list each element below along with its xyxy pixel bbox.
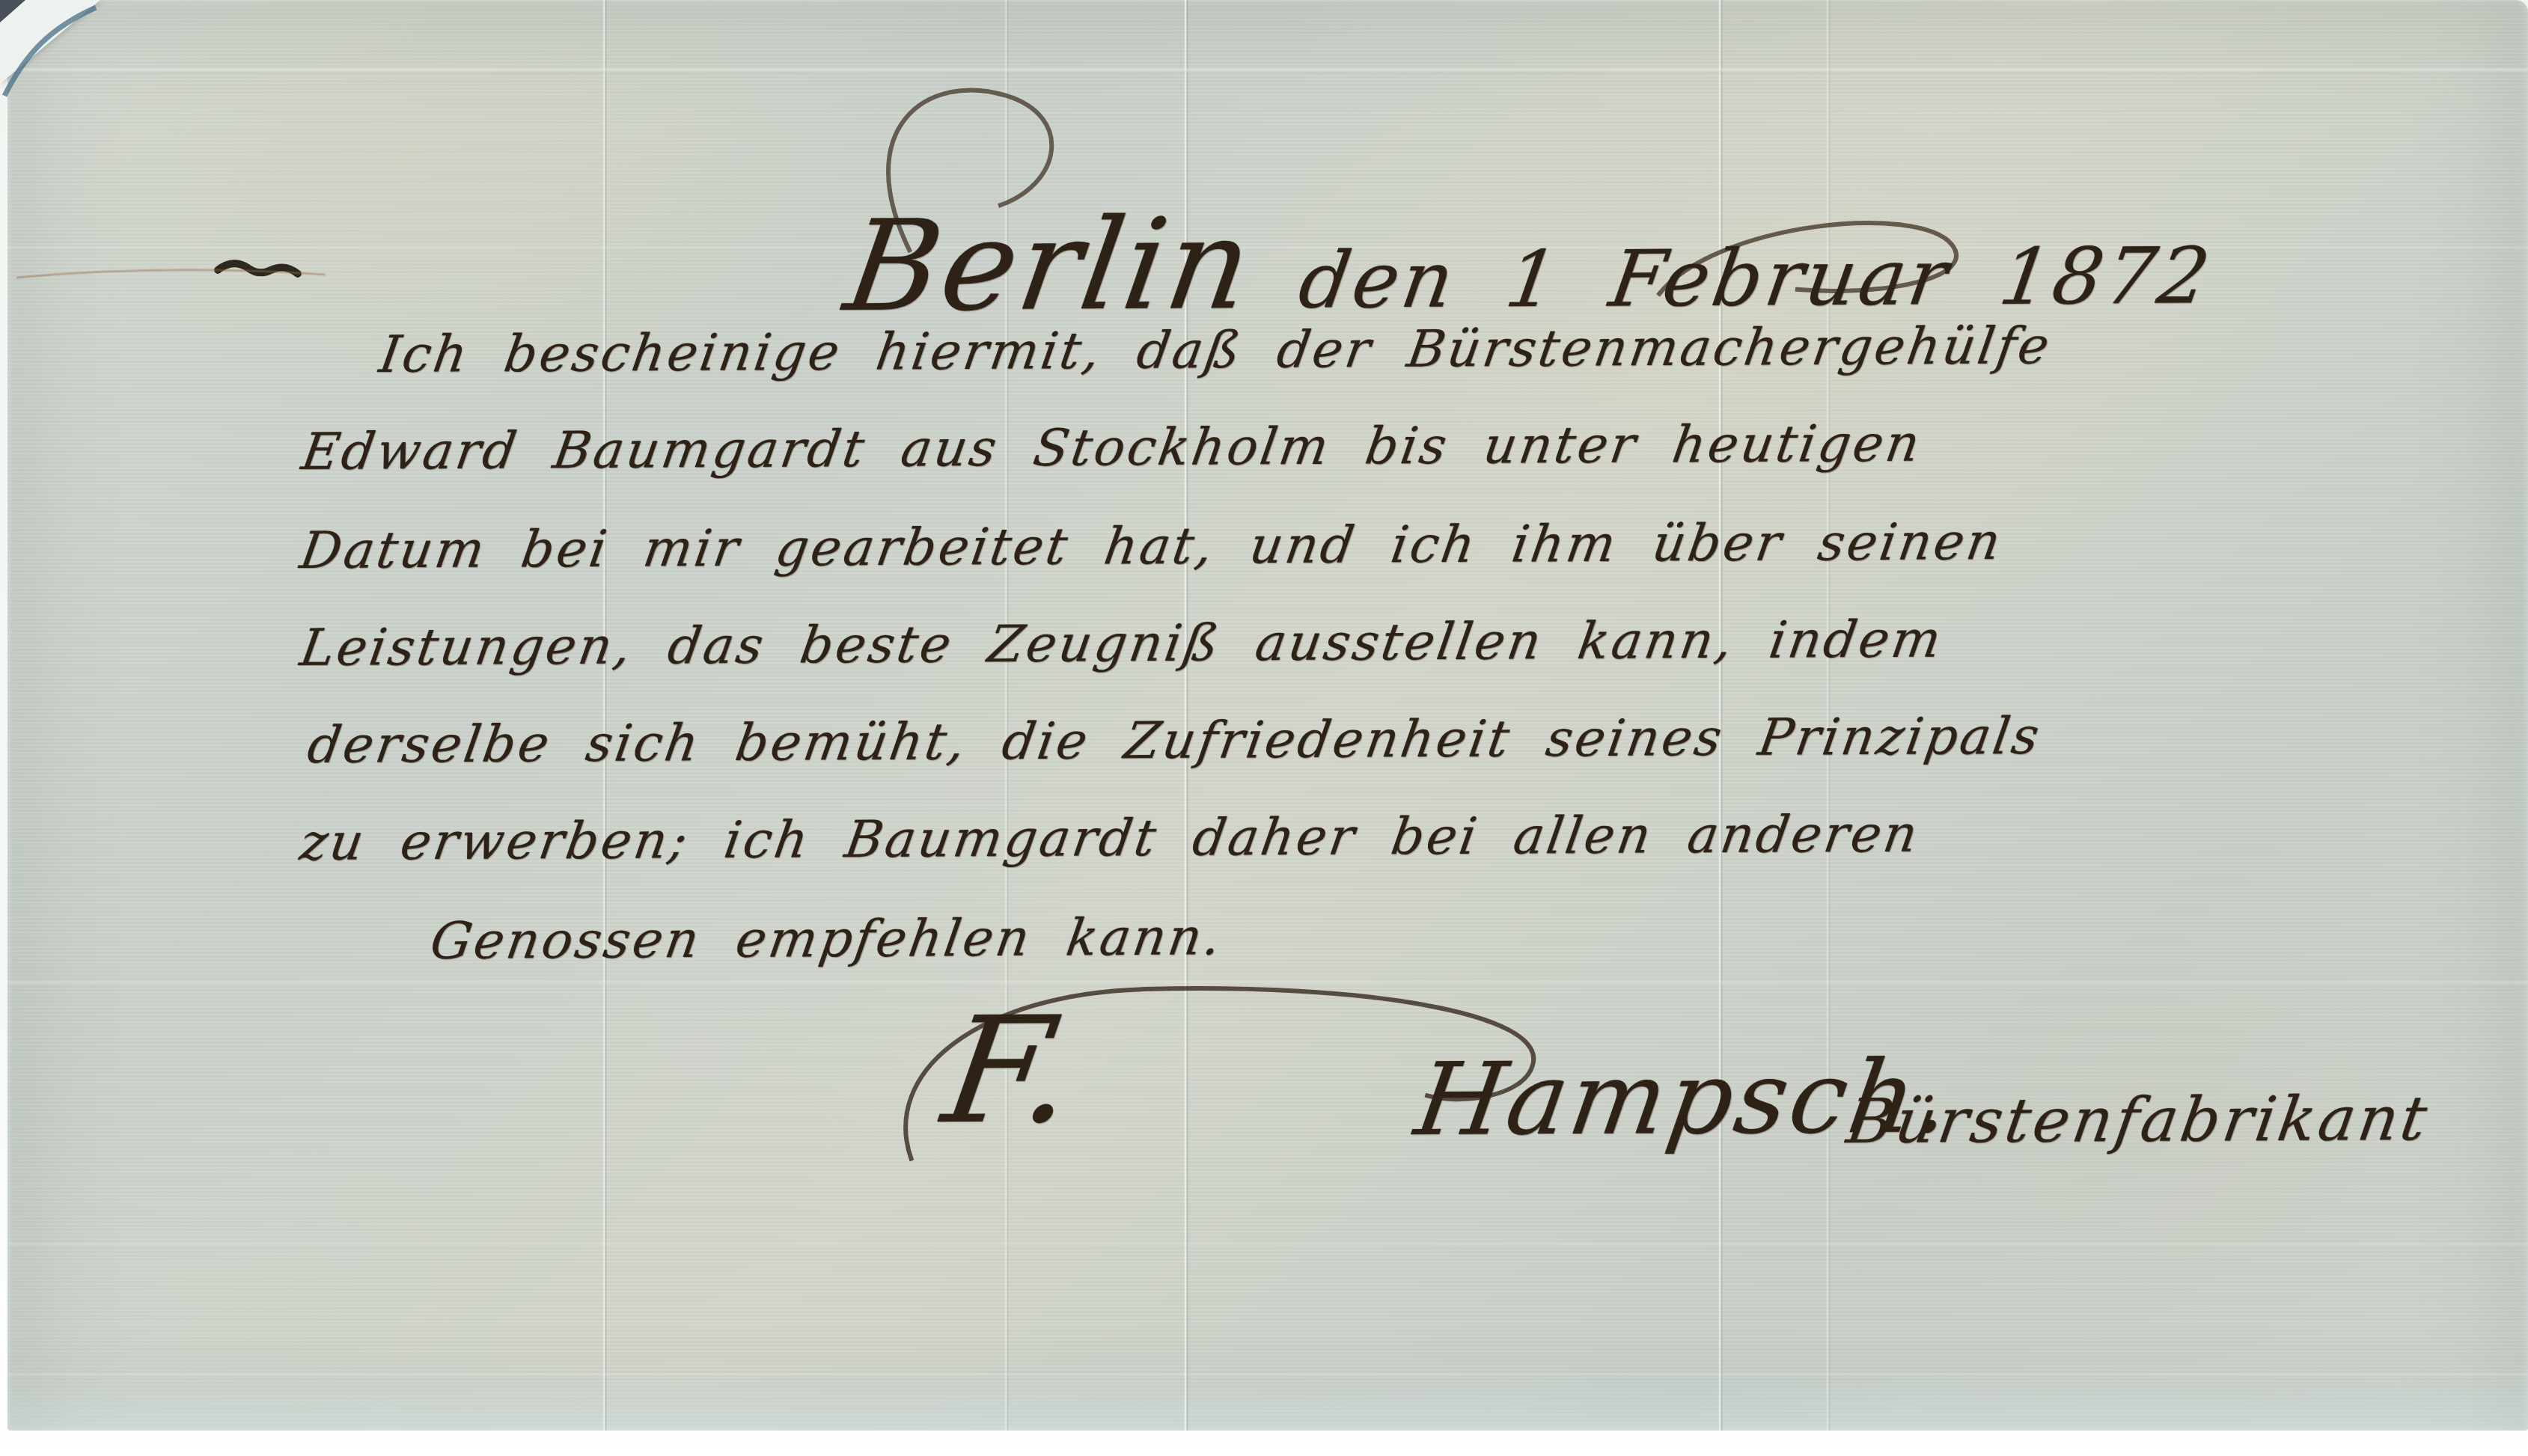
fold-crease-horizontal [7, 1244, 2528, 1247]
fold-crease-horizontal [7, 1374, 2528, 1377]
body-line: Genossen empfehlen kann. [427, 910, 1227, 970]
date-rest: den 1 Februar 1872 [1293, 230, 2218, 325]
dog-ear-corner [0, 0, 100, 84]
fold-crease-horizontal [7, 982, 2528, 985]
body-line: Leistungen, das beste Zeugniß ausstellen… [296, 613, 1947, 677]
paper-crack-line [16, 270, 326, 278]
scanned-document: Berlin den 1 Februar 1872 Ich bescheinig… [0, 0, 2528, 1456]
body-line: zu erwerben; ich Baumgardt daher bei all… [296, 807, 1923, 872]
paper-sheet: Berlin den 1 Februar 1872 Ich bescheinig… [7, 0, 2528, 1431]
ink-blot-mark [218, 263, 298, 274]
date-city: Berlin [837, 191, 1263, 340]
body-line: Ich bescheinige hiermit, daß der Bürsten… [376, 319, 2055, 383]
fold-crease-horizontal [7, 69, 2528, 73]
body-line: Edward Baumgardt aus Stockholm bis unter… [298, 417, 1926, 481]
body-line: derselbe sich bemüht, die Zufriedenheit … [304, 709, 2045, 774]
signature-initial: F. [934, 985, 1086, 1157]
signature-title: Bürstenfabrikant [1842, 1083, 2434, 1157]
body-line: Datum bei mir gearbeitet hat, und ich ih… [296, 515, 2006, 580]
